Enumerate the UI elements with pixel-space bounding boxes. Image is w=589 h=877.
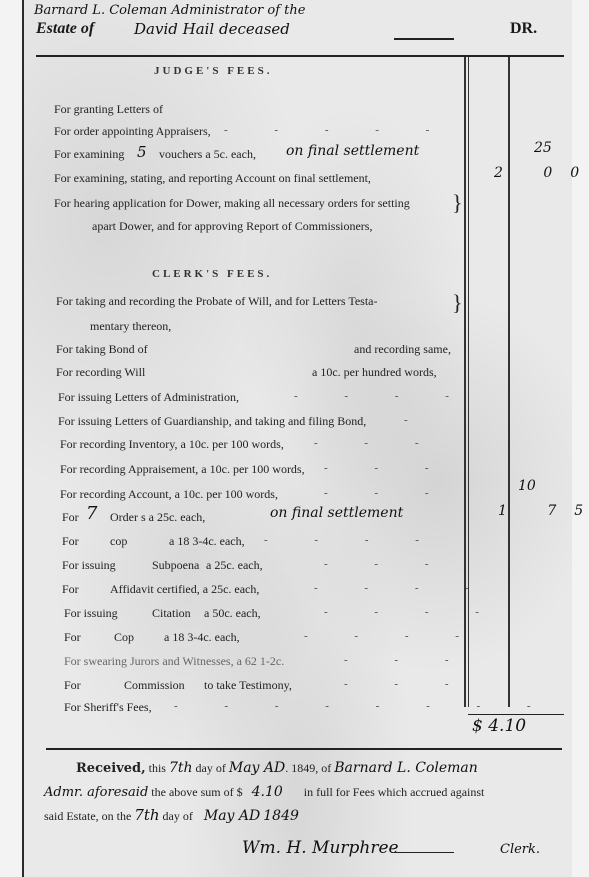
fee-line-rate: a 18 3-4c. each, — [169, 534, 245, 549]
judges-fees-title: JUDGE'S FEES. — [154, 65, 272, 77]
estate-name: David Hail deceased — [134, 20, 290, 38]
fee-line-continued: apart Dower, and for approving Report of… — [92, 219, 372, 234]
payer-name: Barnard L. Coleman — [334, 760, 478, 776]
leader-dots: - - - — [324, 487, 451, 499]
leader-dots: - - - — [344, 678, 471, 690]
fee-line: For — [62, 534, 79, 549]
leader-dots: - - - - - — [224, 124, 451, 136]
signature-line — [394, 852, 454, 853]
receipt-day: 7th — [169, 760, 193, 776]
fee-line: For examining — [54, 147, 124, 162]
leader-dots: - - - - — [264, 534, 441, 546]
fee-line: For — [62, 510, 79, 525]
estate-label: Estate of — [36, 20, 94, 38]
receipt-text: day of — [163, 809, 193, 823]
fee-line-rate: a 18 3-4c. each, — [164, 630, 240, 645]
receipt-year: . 1849 — [285, 761, 315, 775]
receipt-line-3: said Estate, on the 7th day of May AD 18… — [44, 806, 299, 824]
fee-line-item: Affidavit certified, a 25c. each, — [110, 582, 259, 597]
fee-line-rate: to take Testimony, — [204, 678, 292, 693]
fee-line: For issuing — [64, 606, 118, 621]
amount-column-divider-line — [508, 57, 510, 707]
fee-line: For swearing Jurors and Witnesses, a 62 … — [64, 654, 284, 669]
fee-line: For recording Appraisement, a 10c. per 1… — [60, 462, 305, 477]
fee-line: For examining, stating, and reporting Ac… — [54, 171, 371, 186]
received-label: Received, — [76, 761, 146, 776]
fee-line-rate: Order s a 25c. each, — [110, 510, 205, 525]
clerk-signature: Wm. H. Murphree — [242, 838, 399, 858]
amount-cents: 10 — [518, 478, 536, 494]
fee-line: For taking and recording the Probate of … — [56, 294, 377, 309]
fee-bill-document: Barnard L. Coleman Administrator of the … — [22, 0, 572, 877]
receipt-month: May AD — [229, 760, 285, 776]
fee-line-item: Citation — [152, 606, 191, 621]
fee-line: For taking Bond of — [56, 342, 148, 357]
fee-line-item: Commission — [124, 678, 185, 693]
amount-dollars-cents: 1 75 — [498, 503, 589, 519]
debit-label: DR. — [510, 20, 537, 38]
fee-line: For issuing Letters of Guardianship, and… — [58, 414, 366, 429]
receipt-month-2: May AD — [204, 808, 260, 824]
fee-line: For — [64, 630, 81, 645]
header-rule — [36, 55, 564, 57]
receipt-text: day of — [196, 761, 226, 775]
amount-dollars-cents: 2 00 — [494, 165, 589, 181]
handwritten-note: on final settlement — [286, 143, 419, 159]
leader-dots: - - - - — [314, 582, 491, 594]
fee-line-continued: mentary thereon, — [90, 319, 171, 334]
brace: } — [452, 190, 463, 216]
leader-dots: - - - - — [324, 606, 501, 618]
leader-dots: - - - - — [304, 630, 481, 642]
clerks-fees-title: CLERK'S FEES. — [152, 268, 272, 280]
fee-line: For — [62, 582, 79, 597]
leader-dots: - - - - - - - - — [174, 700, 553, 712]
clerk-title: Clerk. — [500, 842, 540, 857]
fee-line-suffix: and recording same, — [354, 342, 451, 357]
fee-line-item: Subpoena — [152, 558, 199, 573]
fee-line-suffix: a 10c. per hundred words, — [312, 365, 437, 380]
order-count: 7 — [86, 503, 97, 524]
fee-line: For recording Account, a 10c. per 100 wo… — [60, 487, 278, 502]
total-rule — [468, 714, 564, 715]
leader-dots: - - - — [324, 558, 451, 570]
fee-line: For Sheriff's Fees, — [64, 700, 152, 715]
leader-dots: - - - — [344, 654, 471, 666]
receipt-line-2: Admr. aforesaid the above sum of $ 4.10 … — [44, 784, 484, 800]
fee-line: For recording Will — [56, 365, 145, 380]
receipt-text: the above sum of $ — [151, 785, 242, 799]
receipt-sum: 4.10 — [252, 784, 283, 800]
fee-line: For recording Inventory, a 10c. per 100 … — [60, 437, 284, 452]
fee-line: For order appointing Appraisers, — [54, 124, 211, 139]
receipt-day-2: 7th — [134, 806, 159, 824]
leader-dots: - - - — [314, 437, 441, 449]
receipt-text: , of — [315, 761, 331, 775]
administrator-line: Barnard L. Coleman Administrator of the — [34, 3, 305, 18]
brace: } — [452, 290, 463, 316]
handwritten-note: on final settlement — [270, 505, 403, 521]
total-amount: $ 4.10 — [472, 716, 526, 736]
leader-dots: - — [404, 414, 430, 426]
fee-line: For issuing — [62, 558, 116, 573]
fee-line-rate: a 25c. each, — [206, 558, 263, 573]
fee-line: For — [64, 678, 81, 693]
fee-line: For hearing application for Dower, makin… — [54, 196, 410, 211]
receipt-text: in full for Fees which accrued against — [304, 785, 485, 799]
receipt-rule — [46, 748, 562, 750]
payer-title: Admr. aforesaid — [44, 785, 148, 800]
leader-dots: - - - — [324, 462, 451, 474]
receipt-text: this — [149, 761, 166, 775]
estate-underline — [394, 38, 454, 40]
fee-line-item: cop — [110, 534, 127, 549]
fee-line-rate: a 50c. each, — [204, 606, 261, 621]
fee-line: For granting Letters of — [54, 102, 163, 117]
receipt-line-1: Received, this 7th day of May AD. 1849, … — [76, 760, 478, 776]
amount-cents: 25 — [534, 140, 552, 156]
fee-line-rate: vouchers a 5c. each, — [159, 147, 256, 162]
voucher-count: 5 — [137, 143, 147, 161]
receipt-year-2: 1849 — [263, 808, 299, 824]
fee-line-item: Cop — [114, 630, 134, 645]
fee-line: For issuing Letters of Administration, — [58, 390, 239, 405]
leader-dots: - - - - — [294, 390, 471, 402]
receipt-text: said Estate, on the — [44, 809, 131, 823]
